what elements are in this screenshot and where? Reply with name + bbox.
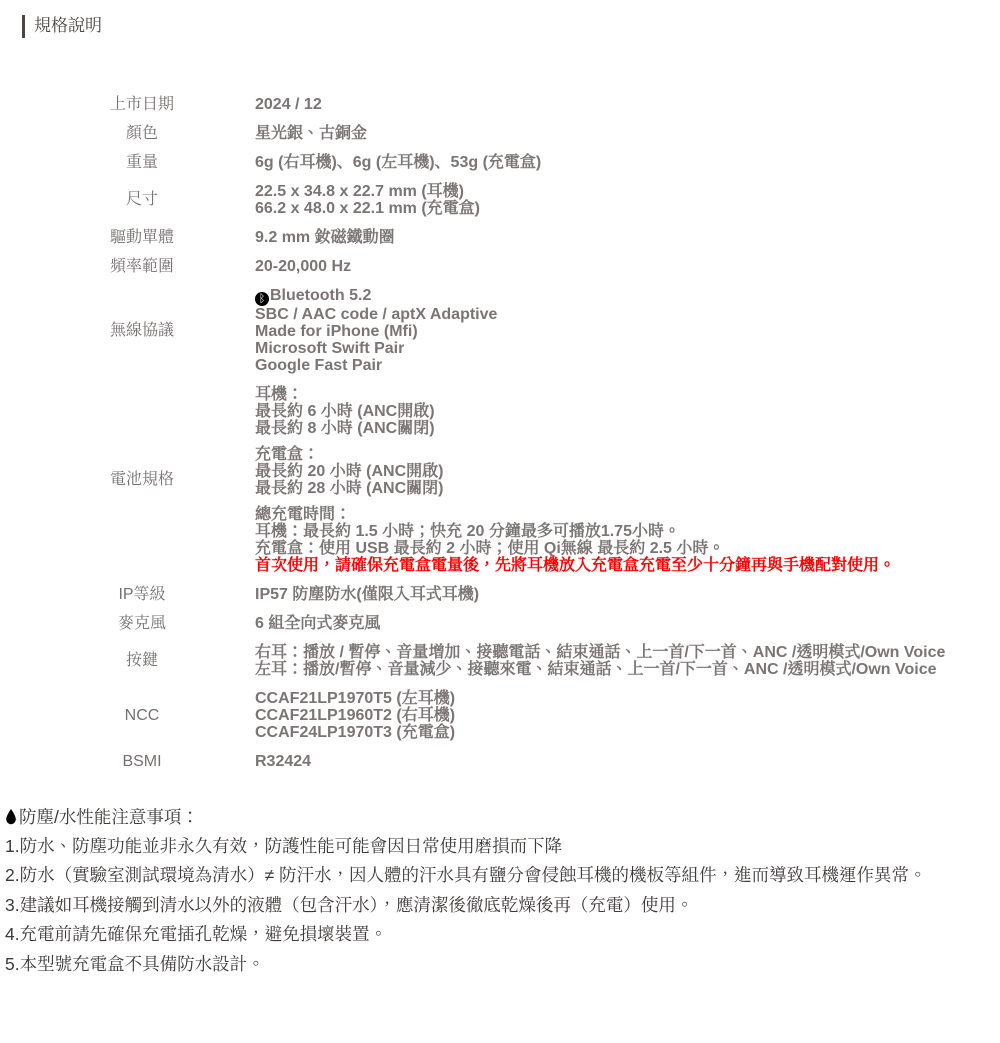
spec-label: 驅動單體 [57,229,227,246]
spec-label: 尺寸 [57,191,227,208]
spec-row: 尺寸22.5 x 34.8 x 22.7 mm (耳機)66.2 x 48.0 … [0,177,1000,223]
spec-block: 6g (右耳機)、6g (左耳機)、53g (充電盒) [255,154,990,171]
spec-row: 按鍵右耳：播放 / 暫停、音量增加、接聽電話、結束通話、上一首/下一首、ANC … [0,638,1000,684]
spec-line: 2024 / 12 [255,96,990,113]
spec-line: SBC / AAC code / aptX Adaptive [255,306,990,323]
spec-line: 左耳：播放/暫停、音量減少、接聽來電、結束通話、上一首/下一首、ANC /透明模… [255,661,990,678]
spec-table: 上市日期2024 / 12顏色星光銀、古銅金重量6g (右耳機)、6g (左耳機… [0,90,1000,776]
spec-line: CCAF21LP1970T5 (左耳機) [255,690,990,707]
spec-row: BSMIR32424 [0,747,1000,776]
spec-block: ᛒBluetooth 5.2SBC / AAC code / aptX Adap… [255,287,990,374]
spec-value: R32424 [255,753,990,770]
spec-row: 驅動單體9.2 mm 釹磁鐵動圈 [0,223,1000,252]
spec-block: 總充電時間：耳機：最長約 1.5 小時；快充 20 分鐘最多可播放1.75小時。… [255,506,990,574]
spec-value: 22.5 x 34.8 x 22.7 mm (耳機)66.2 x 48.0 x … [255,183,990,217]
spec-line: 22.5 x 34.8 x 22.7 mm (耳機) [255,183,990,200]
spec-label: 上市日期 [57,96,227,113]
spec-line: 充電盒： [255,446,990,463]
spec-value: 9.2 mm 釹磁鐵動圈 [255,229,990,246]
spec-line: 6g (右耳機)、6g (左耳機)、53g (充電盒) [255,154,990,171]
spec-line: 總充電時間： [255,506,990,523]
spec-value: 星光銀、古銅金 [255,125,990,142]
spec-value: ᛒBluetooth 5.2SBC / AAC code / aptX Adap… [255,287,990,374]
notes-list: 1.防水、防塵功能並非永久有效，防護性能可能會因日常使用磨損而下降2.防水（實驗… [5,832,1000,980]
spec-label: BSMI [57,753,227,770]
spec-line: 最長約 20 小時 (ANC開啟) [255,463,990,480]
spec-line: 20-20,000 Hz [255,258,990,275]
header: 規格說明 [22,15,1000,38]
bluetooth-icon: ᛒ [255,292,269,306]
spec-line: 星光銀、古銅金 [255,125,990,142]
note-item: 3.建議如耳機接觸到清水以外的液體（包含汗水），應清潔後徹底乾燥後再（充電）使用… [5,891,993,921]
spec-line: 充電盒：使用 USB 最長約 2 小時；使用 Qi無線 最長約 2.5 小時。 [255,540,990,557]
spec-block: 22.5 x 34.8 x 22.7 mm (耳機)66.2 x 48.0 x … [255,183,990,217]
spec-line: Microsoft Swift Pair [255,340,990,357]
spec-value: 耳機：最長約 6 小時 (ANC開啟)最長約 8 小時 (ANC關閉)充電盒：最… [255,386,990,574]
spec-label: 無線協議 [57,322,227,339]
spec-row: 無線協議ᛒBluetooth 5.2SBC / AAC code / aptX … [0,281,1000,380]
spec-block: 2024 / 12 [255,96,990,113]
spec-line: ᛒBluetooth 5.2 [255,287,990,306]
spec-block: IP57 防塵防水(僅限入耳式耳機) [255,586,990,603]
spec-value: CCAF21LP1970T5 (左耳機)CCAF21LP1960T2 (右耳機)… [255,690,990,741]
spec-label: NCC [57,707,227,724]
spec-label: 重量 [57,154,227,171]
spec-line: 6 組全向式麥克風 [255,615,990,632]
spec-line: R32424 [255,753,990,770]
spec-row: 上市日期2024 / 12 [0,90,1000,119]
spec-line: Made for iPhone (Mfi) [255,323,990,340]
spec-line: 最長約 28 小時 (ANC關閉) [255,480,990,497]
spec-row: 頻率範圍20-20,000 Hz [0,252,1000,281]
spec-row: NCCCCAF21LP1970T5 (左耳機)CCAF21LP1960T2 (右… [0,684,1000,747]
notes-section: 防塵/水性能注意事項： 1.防水、防塵功能並非永久有效，防護性能可能會因日常使用… [5,802,1000,980]
notes-heading: 防塵/水性能注意事項： [5,802,1000,832]
spec-line: 66.2 x 48.0 x 22.1 mm (充電盒) [255,200,990,217]
spec-block: CCAF21LP1970T5 (左耳機)CCAF21LP1960T2 (右耳機)… [255,690,990,741]
spec-row: 重量6g (右耳機)、6g (左耳機)、53g (充電盒) [0,148,1000,177]
spec-value: 6 組全向式麥克風 [255,615,990,632]
spec-line: 9.2 mm 釹磁鐵動圈 [255,229,990,246]
spec-label: 頻率範圍 [57,258,227,275]
spec-label: 顏色 [57,125,227,142]
note-item: 4.充電前請先確保充電插孔乾燥，避免損壞裝置。 [5,920,993,950]
spec-block: 6 組全向式麥克風 [255,615,990,632]
spec-block: 9.2 mm 釹磁鐵動圈 [255,229,990,246]
page-title: 規格說明 [22,15,102,38]
spec-value: 右耳：播放 / 暫停、音量增加、接聽電話、結束通話、上一首/下一首、ANC /透… [255,644,990,678]
spec-line: Google Fast Pair [255,357,990,374]
spec-line: 最長約 6 小時 (ANC開啟) [255,403,990,420]
spec-label: 按鍵 [57,652,227,669]
spec-block: R32424 [255,753,990,770]
spec-line: 右耳：播放 / 暫停、音量增加、接聽電話、結束通話、上一首/下一首、ANC /透… [255,644,990,661]
spec-line: CCAF21LP1960T2 (右耳機) [255,707,990,724]
note-item: 5.本型號充電盒不具備防水設計。 [5,950,993,980]
spec-row: 顏色星光銀、古銅金 [0,119,1000,148]
spec-label: IP等級 [57,586,227,603]
note-item: 1.防水、防塵功能並非永久有效，防護性能可能會因日常使用磨損而下降 [5,832,993,862]
spec-block: 20-20,000 Hz [255,258,990,275]
spec-line: IP57 防塵防水(僅限入耳式耳機) [255,586,990,603]
spec-value: 2024 / 12 [255,96,990,113]
spec-block: 耳機：最長約 6 小時 (ANC開啟)最長約 8 小時 (ANC關閉) [255,386,990,437]
spec-line: 耳機：最長約 1.5 小時；快充 20 分鐘最多可播放1.75小時。 [255,523,990,540]
spec-block: 星光銀、古銅金 [255,125,990,142]
water-drop-icon [5,809,17,825]
spec-row: 麥克風6 組全向式麥克風 [0,609,1000,638]
spec-block: 右耳：播放 / 暫停、音量增加、接聽電話、結束通話、上一首/下一首、ANC /透… [255,644,990,678]
spec-label: 電池規格 [57,471,227,488]
spec-row: IP等級IP57 防塵防水(僅限入耳式耳機) [0,580,1000,609]
spec-line: CCAF24LP1970T3 (充電盒) [255,724,990,741]
spec-label: 麥克風 [57,615,227,632]
notes-heading-text: 防塵/水性能注意事項： [19,802,199,832]
spec-value: 20-20,000 Hz [255,258,990,275]
spec-value: IP57 防塵防水(僅限入耳式耳機) [255,586,990,603]
spec-value: 6g (右耳機)、6g (左耳機)、53g (充電盒) [255,154,990,171]
spec-line: 首次使用，請確保充電盒電量後，先將耳機放入充電盒充電至少十分鐘再與手機配對使用。 [255,557,990,574]
note-item: 2.防水（實驗室測試環境為清水）≠ 防汗水，因人體的汗水具有鹽分會侵蝕耳機的機板… [5,861,993,891]
spec-line: 耳機： [255,386,990,403]
spec-line: 最長約 8 小時 (ANC關閉) [255,420,990,437]
spec-block: 充電盒：最長約 20 小時 (ANC開啟)最長約 28 小時 (ANC關閉) [255,446,990,497]
spec-row: 電池規格耳機：最長約 6 小時 (ANC開啟)最長約 8 小時 (ANC關閉)充… [0,380,1000,580]
